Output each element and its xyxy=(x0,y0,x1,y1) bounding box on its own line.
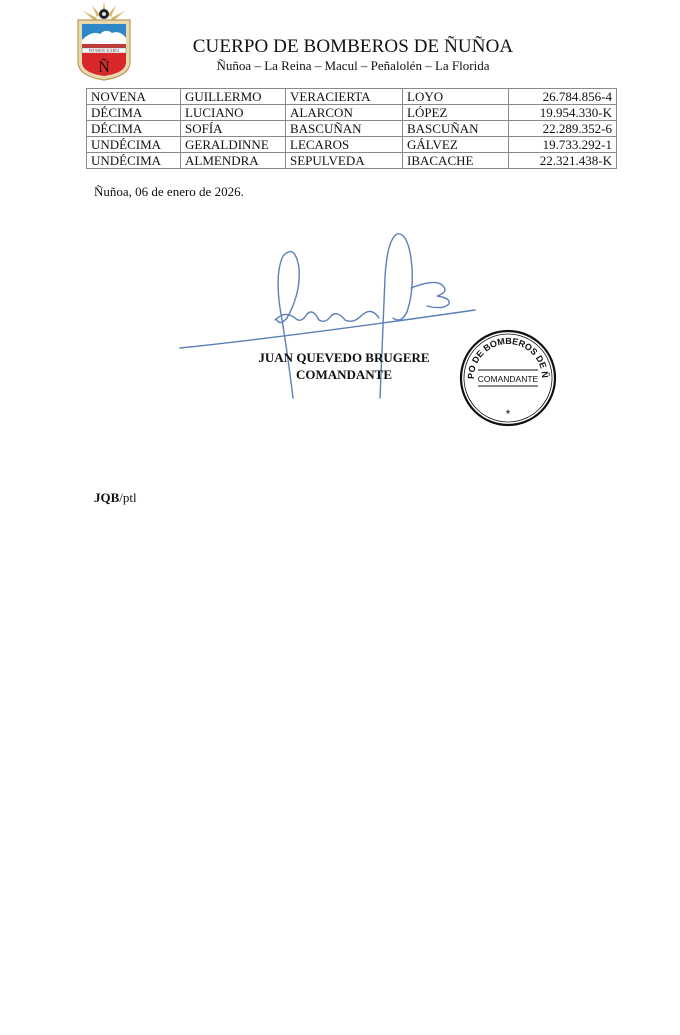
signer-name: JUAN QUEVEDO BRUGERE xyxy=(200,350,488,366)
cell-last-name-1: ALARCON xyxy=(286,105,403,121)
cell-rut: 19.954.330-K xyxy=(509,105,617,121)
organization-communes: Ñuñoa – La Reina – Macul – Peñalolén – L… xyxy=(0,58,680,74)
cell-company: UNDÉCIMA xyxy=(87,137,181,153)
cell-company: NOVENA xyxy=(87,89,181,105)
cell-last-name-2: GÁLVEZ xyxy=(403,137,509,153)
cell-last-name-1: BASCUÑAN xyxy=(286,121,403,137)
date-line: Ñuñoa, 06 de enero de 2026. xyxy=(94,184,244,200)
table-row: DÉCIMALUCIANOALARCONLÓPEZ19.954.330-K xyxy=(87,105,617,121)
cell-first-name: SOFÍA xyxy=(181,121,286,137)
cell-rut: 22.289.352-6 xyxy=(509,121,617,137)
typist-initials: JQB/ptl xyxy=(94,490,137,506)
cell-first-name: ALMENDRA xyxy=(181,153,286,169)
cell-first-name: GERALDINNE xyxy=(181,137,286,153)
cell-last-name-2: BASCUÑAN xyxy=(403,121,509,137)
cell-rut: 26.784.856-4 xyxy=(509,89,617,105)
cell-last-name-2: IBACACHE xyxy=(403,153,509,169)
table-row: DÉCIMASOFÍABASCUÑANBASCUÑAN22.289.352-6 xyxy=(87,121,617,137)
signer-role: COMANDANTE xyxy=(200,367,488,383)
svg-text:*: * xyxy=(506,407,511,421)
cell-last-name-2: LÓPEZ xyxy=(403,105,509,121)
cell-company: UNDÉCIMA xyxy=(87,153,181,169)
cell-last-name-1: LECAROS xyxy=(286,137,403,153)
cell-last-name-1: VERACIERTA xyxy=(286,89,403,105)
table-row: UNDÉCIMAALMENDRASEPULVEDAIBACACHE22.321.… xyxy=(87,153,617,169)
cell-first-name: LUCIANO xyxy=(181,105,286,121)
cell-last-name-2: LOYO xyxy=(403,89,509,105)
cell-rut: 22.321.438-K xyxy=(509,153,617,169)
table-row: UNDÉCIMAGERALDINNELECAROSGÁLVEZ19.733.29… xyxy=(87,137,617,153)
official-round-stamp-icon: CUERPO DE BOMBEROS DE ÑUÑOA COMANDANTE * xyxy=(458,328,558,428)
table-row: NOVENAGUILLERMOVERACIERTALOYO26.784.856-… xyxy=(87,89,617,105)
organization-title: CUERPO DE BOMBEROS DE ÑUÑOA xyxy=(0,36,680,58)
cell-last-name-1: SEPULVEDA xyxy=(286,153,403,169)
cell-first-name: GUILLERMO xyxy=(181,89,286,105)
cell-company: DÉCIMA xyxy=(87,121,181,137)
volunteer-table: NOVENAGUILLERMOVERACIERTALOYO26.784.856-… xyxy=(86,88,617,169)
official-stamp: CUERPO DE BOMBEROS DE ÑUÑOA COMANDANTE * xyxy=(458,328,558,428)
initials-bold: JQB xyxy=(94,490,119,505)
cell-rut: 19.733.292-1 xyxy=(509,137,617,153)
svg-text:COMANDANTE: COMANDANTE xyxy=(478,374,539,384)
cell-company: DÉCIMA xyxy=(87,105,181,121)
initials-rest: /ptl xyxy=(119,490,136,505)
